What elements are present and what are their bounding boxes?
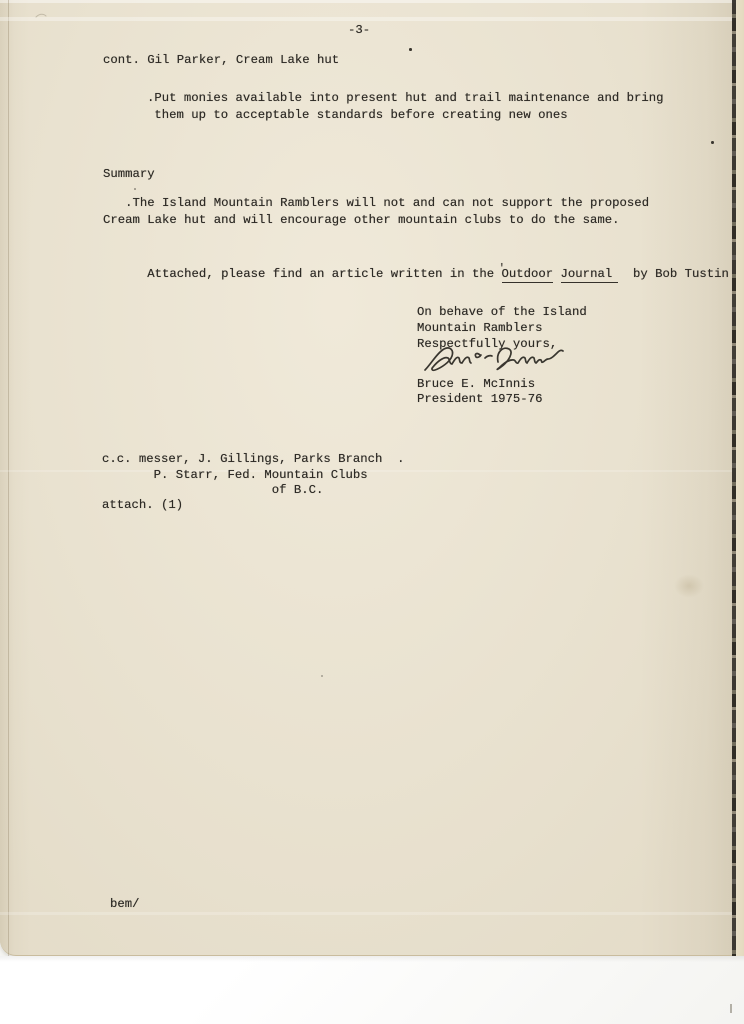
dust-speck — [134, 188, 136, 190]
attachment-sentence: Attached, please find an article written… — [103, 252, 729, 298]
edge-mark — [730, 1004, 732, 1013]
journal-title-word2: Journal — [561, 267, 619, 283]
signer-title: President 1975-76 — [417, 392, 542, 407]
pencil-scribble — [30, 2, 70, 24]
signer-name: Bruce E. McInnis — [417, 377, 535, 392]
attachment-lead: Attached, please find an article written… — [147, 267, 501, 281]
continuation-line: cont. Gil Parker, Cream Lake hut — [103, 53, 339, 68]
ink-speck — [711, 141, 714, 144]
handwritten-signature — [423, 345, 568, 377]
scanned-letter: -3- cont. Gil Parker, Cream Lake hut .Pu… — [0, 0, 744, 1024]
attachment-note: attach. (1) — [102, 498, 183, 513]
page-edge-strip — [736, 0, 744, 956]
word-separator — [553, 267, 560, 281]
cc-block: c.c. messer, J. Gillings, Parks Branch .… — [102, 452, 405, 499]
attachment-tail: by Bob Tustin — [618, 267, 729, 281]
page-number: -3- — [348, 23, 370, 38]
journal-title-word1: Outdoor — [502, 267, 554, 283]
typist-initials: bem/ — [110, 897, 140, 912]
scan-streak — [0, 17, 744, 21]
summary-paragraph: .The Island Mountain Ramblers will not a… — [103, 195, 649, 229]
scan-streak — [0, 912, 744, 915]
recommendation-paragraph: .Put monies available into present hut a… — [147, 90, 664, 124]
backing-sheet — [0, 956, 744, 1024]
summary-heading: Summary — [103, 167, 155, 182]
dust-speck — [321, 675, 323, 677]
letter-page: -3- cont. Gil Parker, Cream Lake hut .Pu… — [0, 0, 744, 956]
ink-speck — [409, 48, 412, 51]
paper-top-edge — [0, 0, 744, 3]
left-crease — [8, 0, 9, 956]
paper-stain — [674, 574, 704, 598]
